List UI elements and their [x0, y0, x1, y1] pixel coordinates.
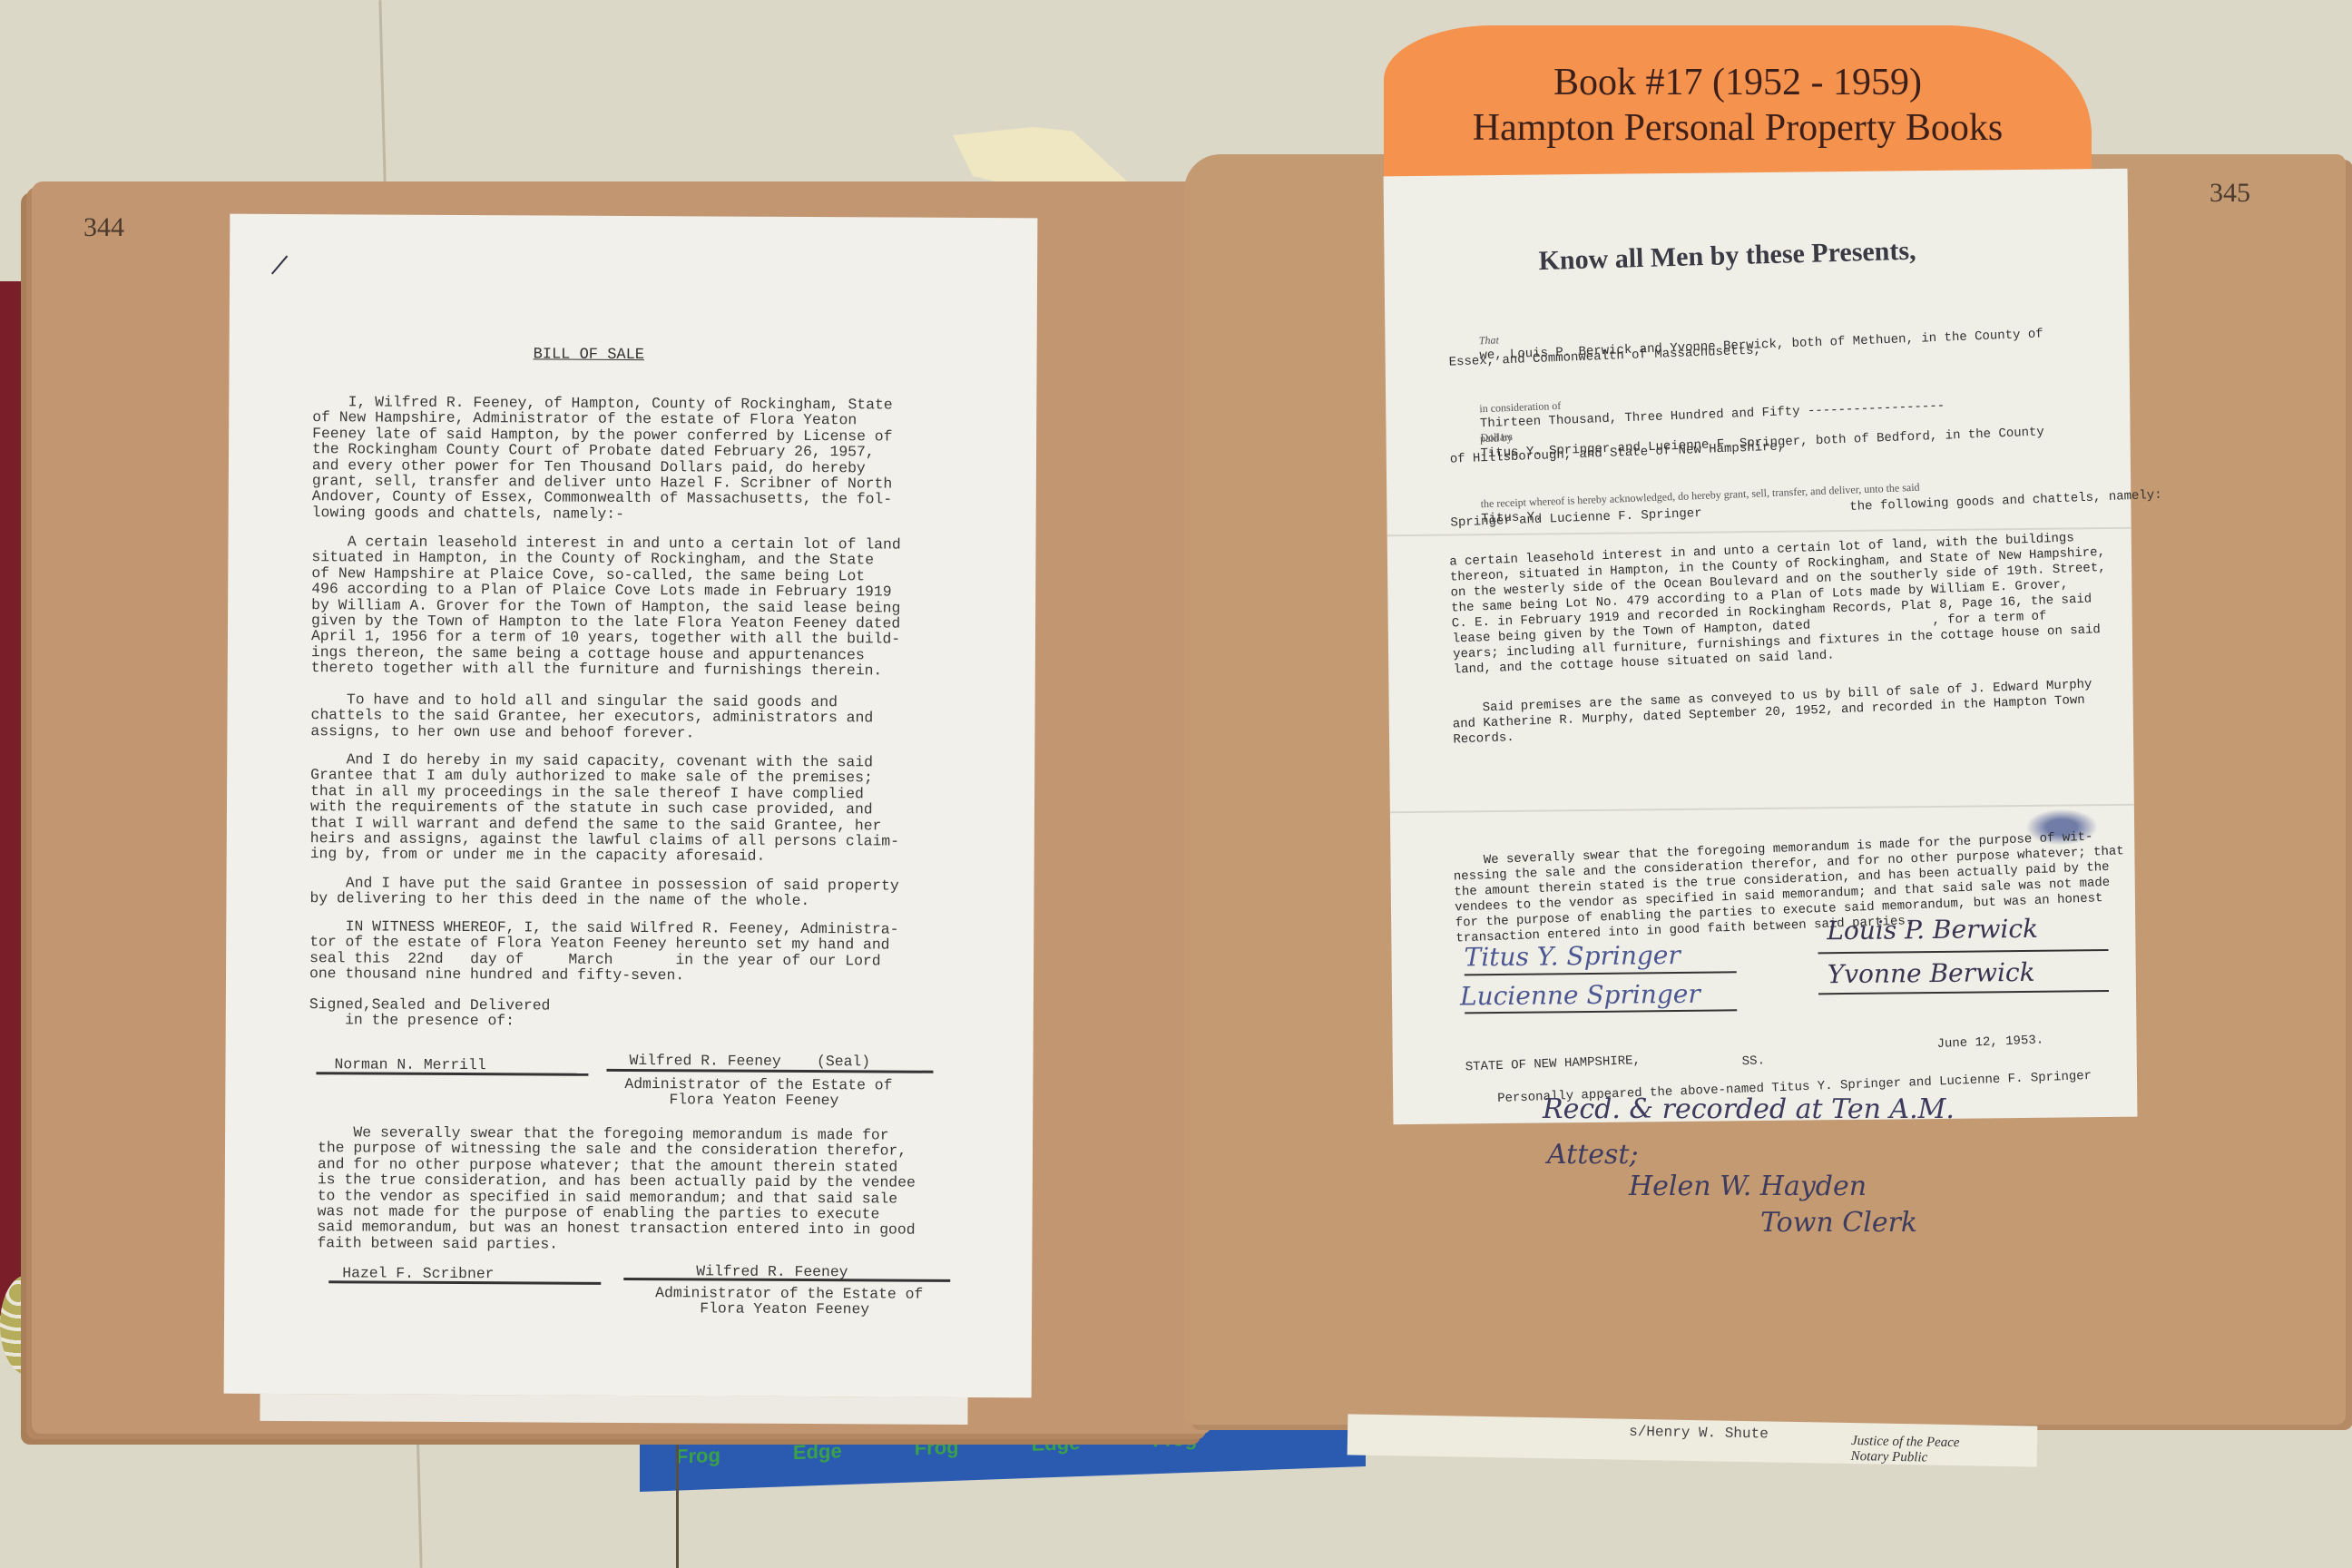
deed-premises: Said premises are the same as conveyed t…: [1452, 677, 2093, 748]
signature-louis-berwick: Louis P. Berwick: [1827, 914, 2038, 946]
acknowledgment-date: June 12, 1953.: [1936, 1033, 2043, 1052]
paragraph-grant: I, Wilfred R. Feeney, of Hampton, County…: [312, 394, 893, 524]
book-label-line2: Hampton Personal Property Books: [1384, 105, 2092, 151]
notary-signature: s/Henry W. Shute: [1629, 1424, 1769, 1443]
paragraph-witness: IN WITNESS WHEREOF, I, the said Wilfred …: [309, 918, 899, 985]
signature-line: [316, 1072, 588, 1076]
recording-note-clerk-name: Helen W. Hayden: [1629, 1171, 1867, 1202]
paragraph-habendum: To have and to hold all and singular the…: [310, 691, 873, 741]
paragraph-covenant: And I do hereby in my said capacity, cov…: [310, 751, 900, 865]
consideration-label: in consideration of: [1479, 399, 1561, 415]
signature-lucienne-springer: Lucienne Springer: [1460, 979, 1700, 1012]
page-number-right: 345: [2210, 178, 2250, 209]
pen-mark: [271, 255, 288, 274]
document-title: BILL OF SALE: [534, 347, 645, 363]
grantor-title-2: Administrator of the Estate of Flora Yea…: [655, 1285, 923, 1318]
book-cover-edge: [0, 281, 33, 1316]
recording-note-line1: Recd. & recorded at Ten A.M.: [1543, 1093, 1955, 1125]
book-label-line1: Book #17 (1952 - 1959): [1384, 60, 2092, 105]
bill-of-sale-document: BILL OF SALE I, Wilfred R. Feeney, of Ha…: [224, 214, 1038, 1398]
recording-note-clerk-title: Town Clerk: [1760, 1207, 1917, 1239]
signed-sealed-label: Signed,Sealed and Delivered in the prese…: [309, 996, 551, 1029]
signature-line: [1818, 990, 2109, 995]
grantor-title-1: Administrator of the Estate of Flora Yea…: [624, 1076, 892, 1109]
witness-name-2: Hazel F. Scribner: [342, 1265, 494, 1281]
recording-note-line2: Attest;: [1547, 1139, 1639, 1171]
signature-line: [606, 1069, 933, 1073]
underlying-sheet: [260, 1394, 967, 1425]
book-label: Book #17 (1952 - 1959) Hampton Personal …: [1384, 25, 2092, 189]
acknowledgment-state: STATE OF NEW HAMPSHIRE,: [1465, 1053, 1641, 1074]
signature-line: [623, 1278, 950, 1282]
notary-title-public: Notary Public: [1851, 1449, 1960, 1466]
grantor-name-1: Wilfred R. Feeney (Seal): [629, 1053, 870, 1070]
acknowledgment-ss: SS.: [1741, 1053, 1765, 1069]
signature-line: [1465, 971, 1737, 975]
signature-line: [1818, 949, 2109, 954]
signature-line: [328, 1280, 601, 1285]
notary-titles: Justice of the Peace Notary Public: [1851, 1434, 1960, 1466]
paragraph-property: A certain leasehold interest in and unto…: [311, 534, 901, 679]
paragraph-oath: We severally swear that the foregoing me…: [317, 1124, 916, 1254]
deed-document: Know all Men by these Presents, That we,…: [1384, 169, 2138, 1125]
deed-body: a certain leasehold interest in and unto…: [1449, 530, 2109, 679]
that-label: That: [1479, 333, 1500, 347]
page-number-left: 344: [83, 212, 124, 243]
notary-title-jp: Justice of the Peace: [1851, 1434, 1960, 1451]
paper-fold: [1390, 804, 2134, 814]
signature-yvonne-berwick: Yvonne Berwick: [1828, 957, 2035, 989]
witness-name-1: Norman N. Merrill: [334, 1056, 485, 1073]
table-seam: [676, 1416, 679, 1568]
signature-titus-springer: Titus Y. Springer: [1464, 940, 1681, 972]
paragraph-possession: And I have put the said Grantee in posse…: [309, 875, 898, 909]
deed-title: Know all Men by these Presents,: [1538, 236, 1916, 278]
paid-by-label: paid by: [1480, 431, 1513, 445]
